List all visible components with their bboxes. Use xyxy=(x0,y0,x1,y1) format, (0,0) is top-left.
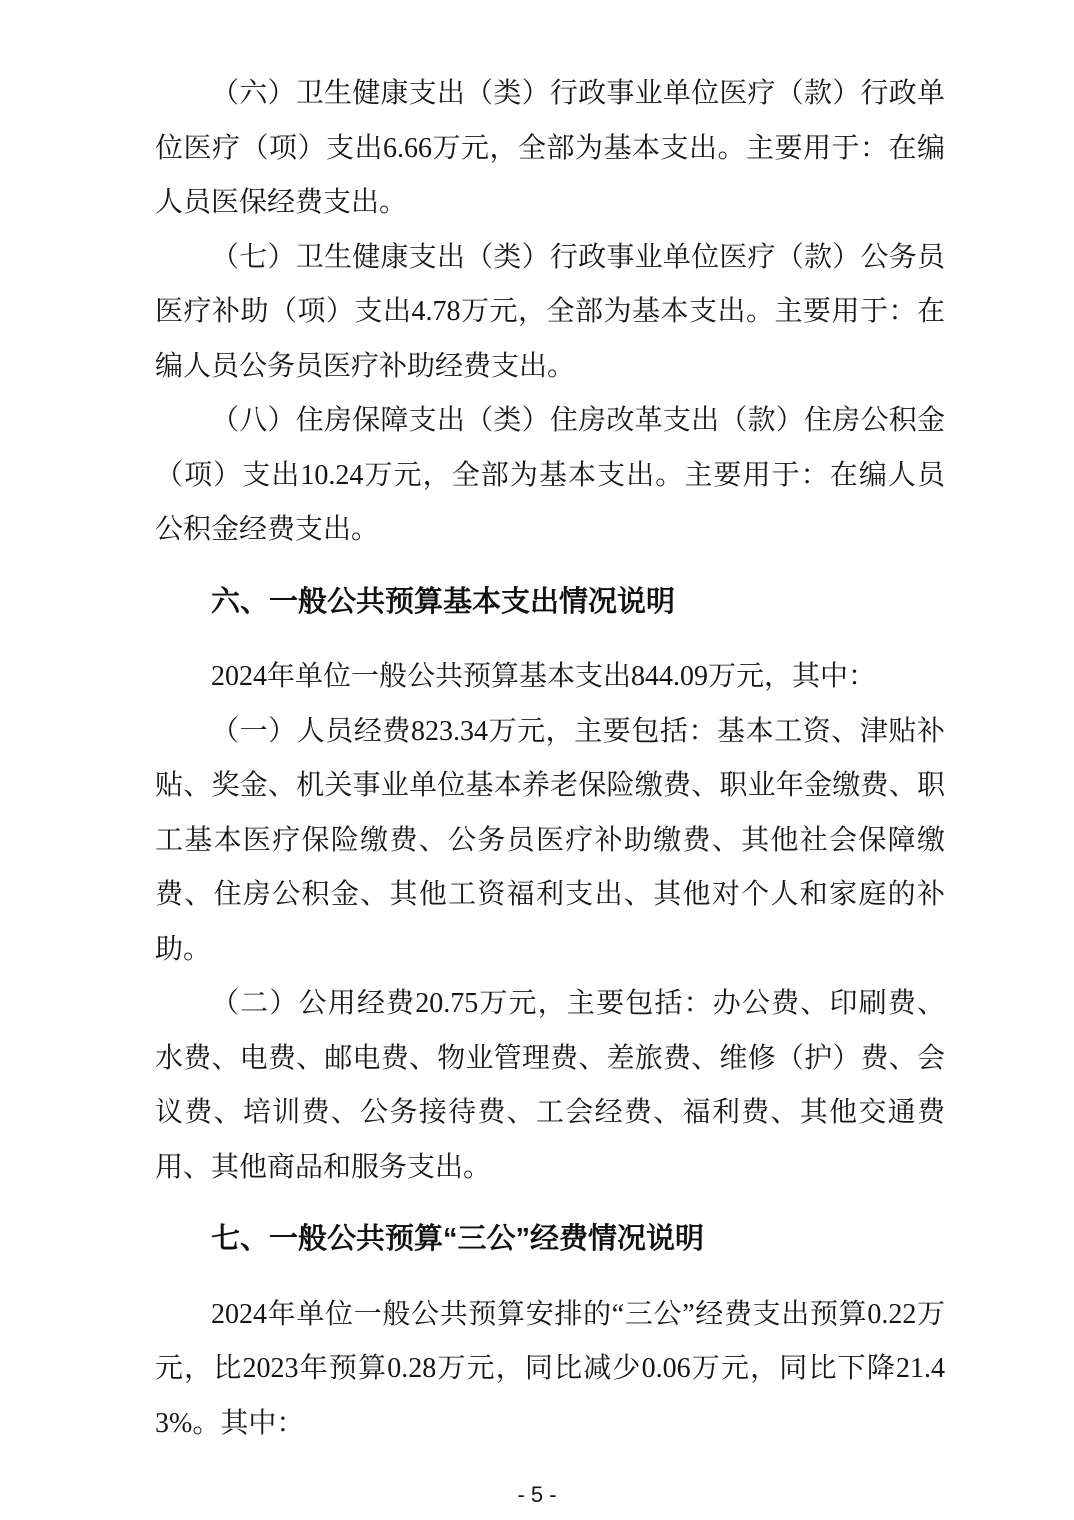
paragraph-personnel-funds: （一）人员经费823.34万元，主要包括：基本工资、津贴补贴、奖金、机关事业单位… xyxy=(155,705,945,978)
paragraph-expense-housing-fund: （八）住房保障支出（类）住房改革支出（款）住房公积金（项）支出10.24万元，全… xyxy=(155,394,945,558)
paragraph-public-funds: （二）公用经费20.75万元，主要包括：办公费、印刷费、水费、电费、邮电费、物业… xyxy=(155,977,945,1195)
section-heading-three-public-funds: 七、一般公共预算“三公”经费情况说明 xyxy=(155,1212,945,1267)
document-page: （六）卫生健康支出（类）行政事业单位医疗（款）行政单位医疗（项）支出6.66万元… xyxy=(0,0,1074,1520)
section-heading-basic-expenditure: 六、一般公共预算基本支出情况说明 xyxy=(155,575,945,630)
page-number: - 5 - xyxy=(0,1482,1074,1508)
paragraph-expense-health-admin-medical: （六）卫生健康支出（类）行政事业单位医疗（款）行政单位医疗（项）支出6.66万元… xyxy=(155,67,945,231)
paragraph-basic-expenditure-total: 2024年单位一般公共预算基本支出844.09万元，其中： xyxy=(155,650,945,705)
paragraph-expense-civil-servant-medical-subsidy: （七）卫生健康支出（类）行政事业单位医疗（款）公务员医疗补助（项）支出4.78万… xyxy=(155,231,945,395)
document-content: （六）卫生健康支出（类）行政事业单位医疗（款）行政单位医疗（项）支出6.66万元… xyxy=(155,67,945,1451)
paragraph-three-public-funds-budget: 2024年单位一般公共预算安排的“三公”经费支出预算0.22万元，比2023年预… xyxy=(155,1288,945,1452)
